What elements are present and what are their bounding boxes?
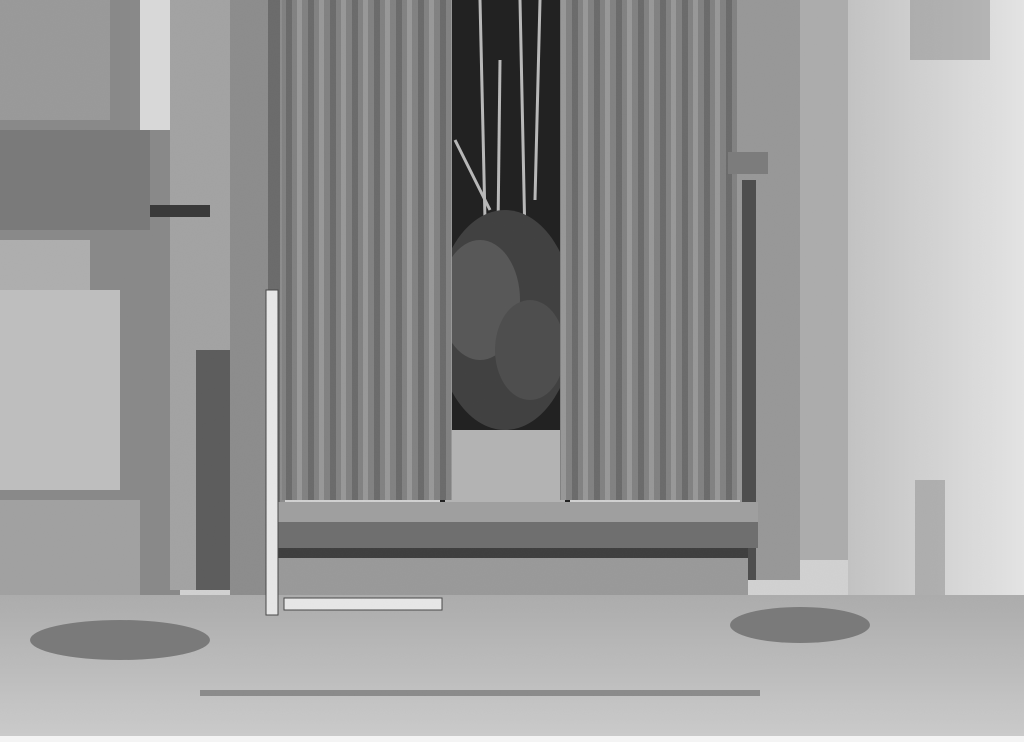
photo-border xyxy=(0,736,1024,742)
photo-doorway xyxy=(0,0,1024,742)
photo-canvas xyxy=(0,0,1024,742)
